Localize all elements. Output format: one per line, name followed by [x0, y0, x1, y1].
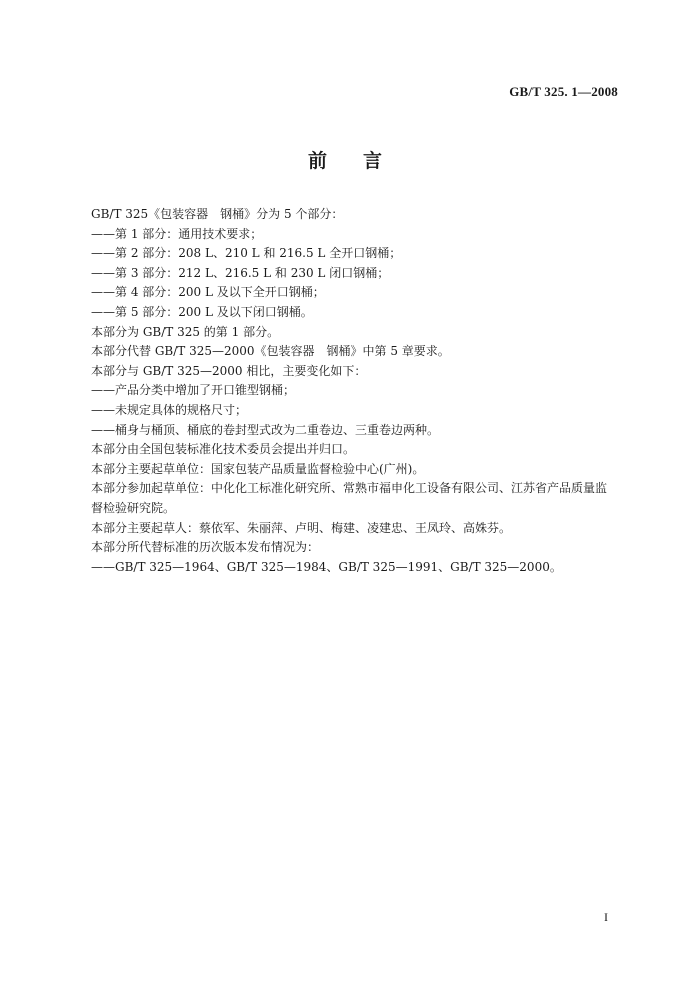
paragraph: 本部分主要起草人：蔡依军、朱丽萍、卢明、梅建、凌建忠、王凤玲、高姝芬。	[91, 519, 611, 539]
list-item: ——第 2 部分：208 L、210 L 和 216.5 L 全开口钢桶；	[91, 244, 611, 264]
standard-code: GB/T 325. 1—2008	[509, 84, 618, 100]
paragraph: 本部分与 GB/T 325—2000 相比，主要变化如下：	[91, 362, 611, 382]
list-item: ——产品分类中增加了开口锥型钢桶；	[91, 381, 611, 401]
list-item: ——GB/T 325—1964、GB/T 325—1984、GB/T 325—1…	[91, 558, 611, 578]
paragraph: GB/T 325《包装容器 钢桶》分为 5 个部分：	[91, 205, 611, 225]
list-item: ——第 1 部分：通用技术要求；	[91, 225, 611, 245]
paragraph: 本部分所代替标准的历次版本发布情况为：	[91, 538, 611, 558]
list-item: ——未规定具体的规格尺寸；	[91, 401, 611, 421]
list-item: ——第 5 部分：200 L 及以下闭口钢桶。	[91, 303, 611, 323]
paragraph: 本部分主要起草单位：国家包装产品质量监督检验中心(广州)。	[91, 460, 611, 480]
list-item: ——第 4 部分：200 L 及以下全开口钢桶；	[91, 283, 611, 303]
paragraph: 本部分由全国包装标准化技术委员会提出并归口。	[91, 440, 611, 460]
page-number: I	[604, 910, 608, 925]
list-item: ——第 3 部分：212 L、216.5 L 和 230 L 闭口钢桶；	[91, 264, 611, 284]
paragraph-text: 本部分参加起草单位：中化化工标准化研究所、常熟市福申化工设备有限公司、江苏省产品…	[91, 481, 607, 515]
paragraph: 本部分为 GB/T 325 的第 1 部分。	[91, 323, 611, 343]
page-title: 前言	[0, 146, 700, 173]
foreword-body: GB/T 325《包装容器 钢桶》分为 5 个部分： ——第 1 部分：通用技术…	[91, 205, 611, 577]
paragraph: 本部分参加起草单位：中化化工标准化研究所、常熟市福申化工设备有限公司、江苏省产品…	[69, 479, 611, 518]
paragraph: 本部分代替 GB/T 325—2000《包装容器 钢桶》中第 5 章要求。	[91, 342, 611, 362]
list-item: ——桶身与桶顶、桶底的卷封型式改为二重卷边、三重卷边两种。	[91, 421, 611, 441]
